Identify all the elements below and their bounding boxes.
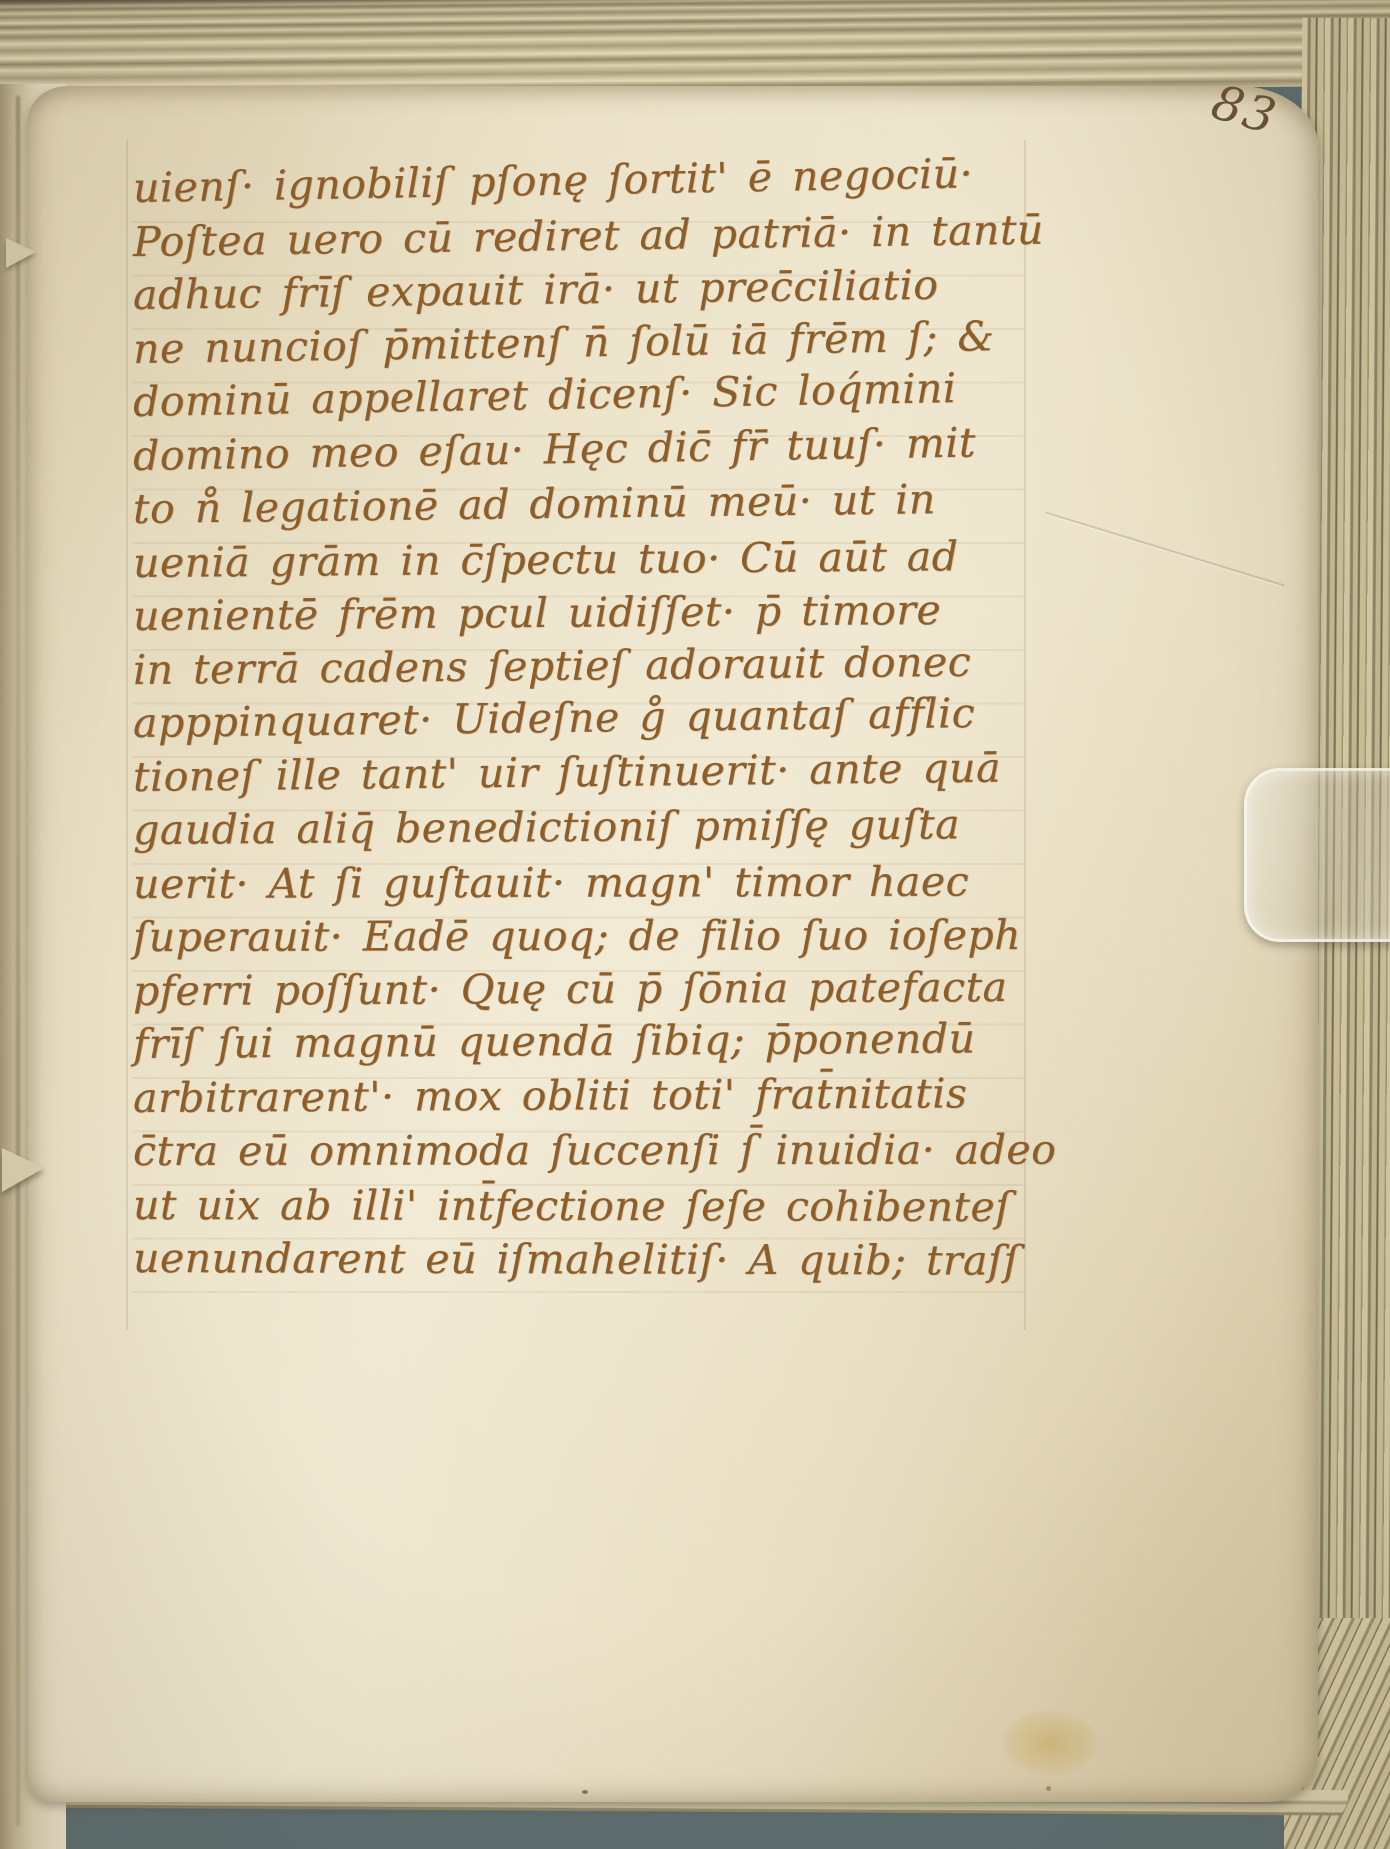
stain bbox=[1002, 1710, 1098, 1776]
ink-speck bbox=[582, 1790, 588, 1794]
text-line: apppinquaret· Uideſne g̊ quantaſ afflic bbox=[133, 693, 976, 744]
text-line: adhuc frīſ expauit irā· ut prec̄ciliatio bbox=[133, 265, 939, 316]
text-line: ueniā grām in c̄ſpectu tuo· Cū aūt ad bbox=[133, 536, 959, 584]
ink-speck bbox=[1046, 1786, 1051, 1791]
manuscript-photo: 83 uienſ· ignobiliſ pſonę ſortit' ē nego… bbox=[0, 0, 1390, 1849]
text-line: ſuperauit· Eadē quoq; de filio ſuo ioſep… bbox=[133, 915, 1021, 958]
text-line: dominū appellaret dicenſ· Sic loq́mini bbox=[133, 368, 957, 423]
book-head-edge bbox=[0, 0, 1390, 98]
text-line: pferri poſſunt· Quę cū p̄ ſōnia patefact… bbox=[133, 967, 1008, 1012]
text-block: uienſ· ignobiliſ pſonę ſortit' ē negociū… bbox=[133, 168, 1038, 1333]
text-line: ut uix ab illi' int̄fectione ſeſe cohibe… bbox=[133, 1185, 1011, 1228]
text-line: Poſtea uero cū rediret ad patriā· in tan… bbox=[133, 209, 1044, 262]
page-holder-clip bbox=[1244, 768, 1390, 942]
text-line: ne nuncioſ p̄mittenſ n̄ ſolū iā frēm ſ; … bbox=[133, 316, 995, 370]
text-line: uenundarent eū iſmahelitiſ· A quib; traſ… bbox=[133, 1238, 1019, 1282]
text-line: uenientē frēm pcul uidiſſet· p̄ timore bbox=[133, 590, 941, 637]
text-line: arbitrarent'· mox obliti toti' frat̄nita… bbox=[133, 1073, 968, 1119]
binding-notch bbox=[2, 1148, 44, 1192]
text-line: c̄tra eū omnimoda ſuccenſi ſ̄ inuidia· a… bbox=[133, 1130, 1056, 1172]
text-line: to n̊ legationē ad dominū meū· ut in bbox=[133, 479, 936, 530]
text-line: in terrā cadens ſeptieſ adorauit donec bbox=[133, 641, 971, 690]
text-line: tioneſ ille tant' uir ſuſtinuerit· ante … bbox=[133, 747, 1001, 797]
text-line: uerit· At ſi guſtauit· magn' timor haec bbox=[133, 861, 969, 904]
text-line: gaudia aliq̄ benedictioniſ pmiſſę guſta bbox=[133, 804, 960, 851]
margin-ruling-left bbox=[126, 140, 128, 1330]
text-line: frīſ ſui magnū quendā ſibiq; p̄ponendū bbox=[133, 1018, 976, 1065]
gutter-crease bbox=[16, 96, 20, 1826]
text-line: domino meo eſau· Hęc dic̄ fr̄ tuuſ· mit bbox=[133, 422, 976, 477]
text-line: uienſ· ignobiliſ pſonę ſortit' ē negociū… bbox=[133, 153, 974, 209]
binding-notch bbox=[6, 238, 36, 268]
